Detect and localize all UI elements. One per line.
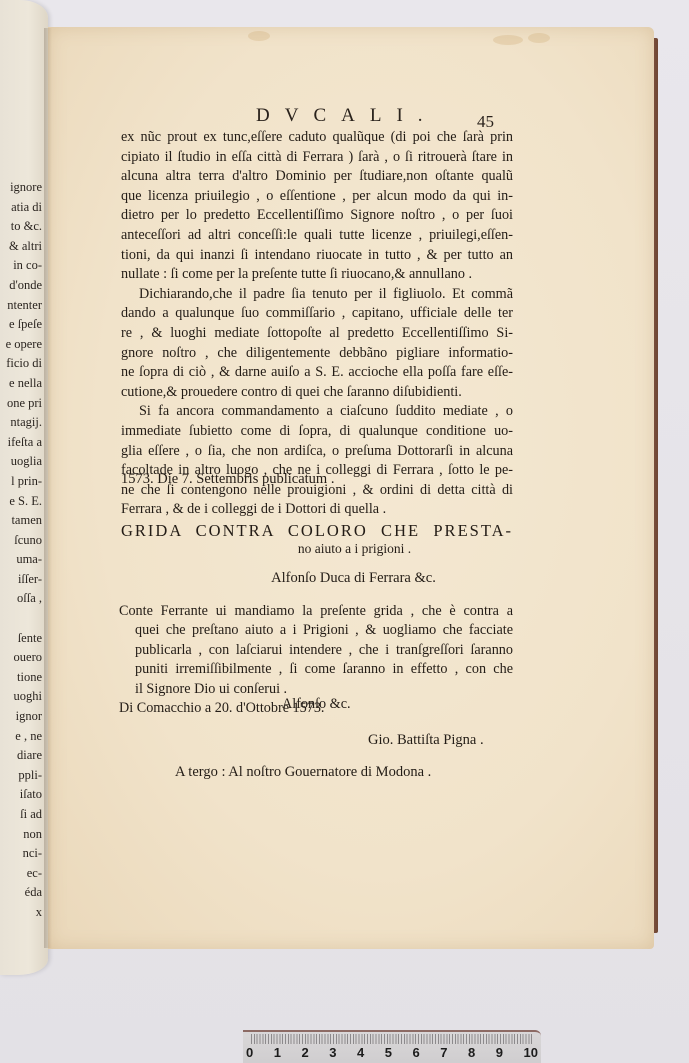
facing-page-line: x	[6, 903, 42, 923]
publication-date: 1573. Die 7. Settembris publicatum .	[121, 471, 334, 488]
ruler-label: 10	[524, 1045, 538, 1060]
text-line: que licenza priuilegio , o eſſentione , …	[121, 187, 513, 207]
sender-line: Alfonſo Duca di Ferrara &c.	[0, 570, 689, 587]
facing-page-line: ouero	[6, 648, 42, 668]
text-line: Dichiarando,che il padre ſia tenuto per …	[121, 285, 513, 305]
text-line: nullate : ſi come per la preſente tutte …	[121, 265, 513, 285]
facing-page-line: d'onde	[6, 276, 42, 296]
facing-page-line: ſente	[6, 629, 42, 649]
facing-page-line: ec-	[6, 864, 42, 884]
facing-page-line: uoghi	[6, 687, 42, 707]
facing-page-line: nci-	[6, 844, 42, 864]
ruler-label: 9	[496, 1045, 503, 1060]
facing-page-line: one pri	[6, 394, 42, 414]
facing-page-line: ſi ad	[6, 805, 42, 825]
facing-page-line: diare	[6, 746, 42, 766]
ruler-label: 7	[440, 1045, 447, 1060]
text-line: Ferrara , & de i colleggi de i Dottori d…	[121, 500, 513, 520]
facing-page-line: ntagij.	[6, 413, 42, 433]
text-line: dando a qualunque ſuo commiſſario , capi…	[121, 304, 513, 324]
facing-page-line: oſſa ,	[6, 589, 42, 609]
text-line: glia eſſere , o ſia, che non ardiſca, o …	[121, 442, 513, 462]
address-line: A tergo : Al noſtro Gouernatore di Modon…	[175, 764, 431, 781]
water-stain	[528, 33, 550, 43]
text-line: Si fa ancora commandamento a ciaſcuno ſu…	[121, 402, 513, 422]
text-line: cutione,& prouedere contro di quei che ſ…	[121, 383, 513, 403]
facing-page-line: to &c.	[6, 217, 42, 237]
section-title: GRIDA CONTRA COLORO CHE PRESTA-	[121, 521, 513, 541]
scale-ruler: 012345678910	[243, 1030, 541, 1063]
facing-page-line: e S. E.	[6, 492, 42, 512]
facing-page-line: ignor	[6, 707, 42, 727]
ruler-label: 0	[246, 1045, 253, 1060]
letter-line: quei che preſtano aiuto a i Prigioni , &…	[119, 621, 513, 640]
facing-page-line: & altri	[6, 237, 42, 257]
text-line: ex nũc prout ex tunc,eſſere caduto qualũ…	[121, 128, 513, 148]
ruler-label: 8	[468, 1045, 475, 1060]
ruler-label: 6	[413, 1045, 420, 1060]
ruler-labels: 012345678910	[246, 1045, 538, 1060]
facing-page-line: e , ne	[6, 727, 42, 747]
facing-page-line: e nella	[6, 374, 42, 394]
facing-page-line	[6, 609, 42, 629]
facing-page-line: l prin-	[6, 472, 42, 492]
ruler-ticks	[251, 1034, 534, 1044]
facing-page-line: iſato	[6, 785, 42, 805]
text-line: re , & luoghi mediate ſottopoſte al pred…	[121, 324, 513, 344]
gutter-shadow	[44, 28, 52, 948]
text-line: cipiato il ſtudio in eſſa città di Ferra…	[121, 148, 513, 168]
ruler-label: 5	[385, 1045, 392, 1060]
facing-page-line: uoglia	[6, 452, 42, 472]
running-head: DVCALI.	[256, 105, 438, 127]
body-text: ex nũc prout ex tunc,eſſere caduto qualũ…	[121, 128, 513, 520]
letter-line: puniti irremiſſibilmente , ſi come ſaran…	[119, 660, 513, 679]
facing-page-line: e ſpeſe	[6, 315, 42, 335]
facing-page-line: éda	[6, 883, 42, 903]
section-subtitle: no aiuto a i prigioni .	[0, 541, 689, 557]
ruler-label: 4	[357, 1045, 364, 1060]
facing-page-line: ifeſta a	[6, 433, 42, 453]
water-stain	[248, 31, 270, 41]
facing-page-line: atia di	[6, 198, 42, 218]
ruler-label: 2	[302, 1045, 309, 1060]
signature-secretary: Gio. Battiſta Pigna .	[368, 732, 484, 749]
text-line: ne ſopra di ciò , & darne auiſo a S. E. …	[121, 363, 513, 383]
signature-alfonso: Alfonſo &c.	[282, 696, 351, 713]
facing-page-line: ficio di	[6, 354, 42, 374]
facing-page-line: e opere	[6, 335, 42, 355]
facing-page-line: non	[6, 825, 42, 845]
letter-line: Conte Ferrante ui mandiamo la preſente g…	[119, 602, 513, 621]
text-line: gnore noſtro , che diligentemente debbãn…	[121, 344, 513, 364]
text-line: tioni, da qui inanzi ſi intendano riuoca…	[121, 246, 513, 266]
text-line: dietro per lo predetto Eccellentiſſimo S…	[121, 206, 513, 226]
letter-line: publicarla , con laſciarui intendere , c…	[119, 641, 513, 660]
text-line: anteceſſori ad altri conceſſi:le quali t…	[121, 226, 513, 246]
water-stain	[493, 35, 523, 45]
ruler-label: 3	[329, 1045, 336, 1060]
facing-page-line: ppli-	[6, 766, 42, 786]
facing-page: ignoreatia dito &c.& altriin co-d'ondent…	[0, 0, 48, 975]
facing-page-line: ntenter	[6, 296, 42, 316]
facing-page-line: tamen	[6, 511, 42, 531]
facing-page-line: in co-	[6, 256, 42, 276]
ruler-label: 1	[274, 1045, 281, 1060]
text-line: alcuna altra terra d'altro Dominio per ſ…	[121, 167, 513, 187]
facing-page-line: tione	[6, 668, 42, 688]
facing-page-line: ignore	[6, 178, 42, 198]
text-line: immediate ſubietto come di ſopra, di qua…	[121, 422, 513, 442]
